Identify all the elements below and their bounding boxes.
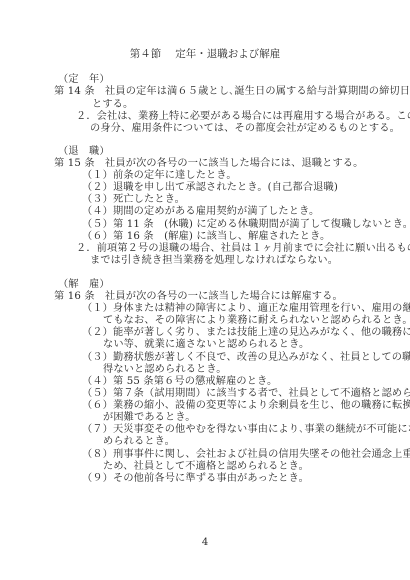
text-line: （５）第７条（試用期間）に該当する者で、社員として不適格と認められるとき。 — [82, 388, 410, 400]
text-line: （１）前条の定年に達したとき。 — [82, 170, 237, 182]
text-line: （９）その他前各号に準ずる事由があったとき。 — [82, 473, 309, 485]
text-line: の身分、雇用条件については、その都度会社が定めるものとする。 — [90, 123, 400, 135]
text-line: 第 16 条 社員が次の各号の一に該当した場合には解雇する。 — [54, 291, 343, 303]
text-line: （４）第 55 条第６号の懲戒解雇のとき。 — [82, 376, 277, 388]
section-heading: 第４節定年・退職および解雇 — [0, 46, 410, 61]
text-line: められるとき。 — [103, 436, 175, 448]
text-line: ２．会社は、業務上特に必要がある場合には再雇用する場合がある。この場合の社員 — [76, 111, 410, 123]
section-title: 定年・退職および解雇 — [175, 48, 280, 60]
page-number: 4 — [0, 537, 410, 548]
section-number: 第４節 — [130, 48, 162, 60]
text-line: までは引き続き担当業務を処理しなければならない。 — [90, 255, 338, 267]
text-line: （６）業務の縮小、設備の変更等により余剰員を生じ、他の職務に転換させること — [82, 400, 410, 412]
text-line: （１）身体または精神の障害により、適正な雇用管理を行い、雇用の継続に配慮し — [82, 303, 410, 315]
text-line: （５）第 11 条 (休職) に定める休職期間が満了して復職しないとき。 — [82, 219, 410, 231]
text-line: （３）勤務状態が著しく不良で、改善の見込みがなく、社員としての職責を果たし — [82, 352, 410, 364]
text-line: （８）刑事事件に関し、会社および社員の信用失墜その他社会通念上重大な事故の — [82, 449, 410, 461]
text-line: とする。 — [92, 99, 133, 111]
text-line: （７）天災事変その他やむを得ない事由により､事業の継続が不可能になったと認 — [82, 424, 410, 436]
text-line: （２）退職を申し出て承認されたとき。(自己都合退職) — [82, 182, 338, 194]
text-line: （退 職） — [58, 146, 110, 158]
text-line: （定 年） — [58, 74, 110, 86]
text-line: （解 雇） — [58, 279, 110, 291]
text-line: てもなお、その障害により業務に耐えられないと認められるとき。 — [103, 315, 410, 327]
text-line: が困難であるとき。 — [103, 412, 196, 424]
text-line: （３）死亡したとき。 — [82, 194, 185, 206]
text-line: 第 14 条 社員の定年は満６５歳とし､誕生日の属する給与計算期間の締切日をもっ… — [54, 86, 410, 98]
text-line: ため、社員として不適格と認められるとき。 — [103, 461, 309, 473]
text-line: 第 15 条 社員が次の各号の一に該当した場合には、退職とする。 — [54, 158, 364, 170]
text-line: 得ないと認められるとき。 — [103, 364, 227, 376]
text-line: （６）第 16 条 (解雇) に該当し、解雇されたとき。 — [82, 231, 330, 243]
text-line: （２）能率が著しく劣り、または技能上達の見込みがなく、他の職務にも転換でき — [82, 327, 410, 339]
text-line: ２．前項第２号の退職の場合、社員は１ヶ月前までに会社に願い出るものとし、退職 — [76, 243, 410, 255]
text-line: （４）期間の定めがある雇用契約が満了したとき。 — [82, 206, 319, 218]
text-line: ない等、就業に適さないと認められるとき。 — [103, 339, 309, 351]
